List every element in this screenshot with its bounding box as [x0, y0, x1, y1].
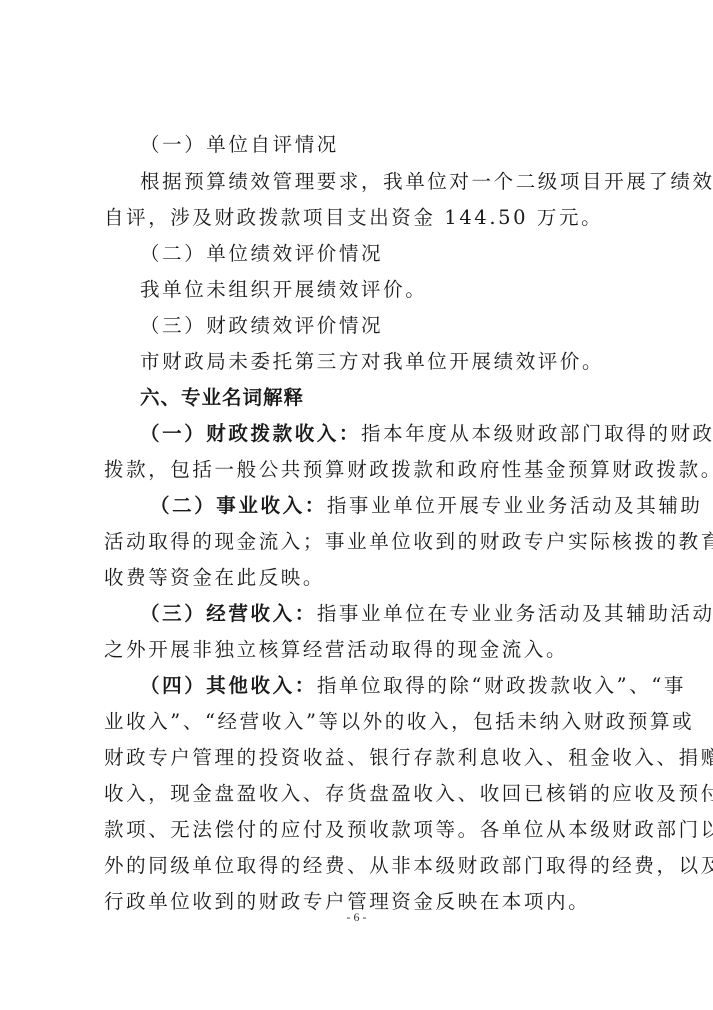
paragraph-text: 自评，涉及财政拨款项目支出资金 144.50 万元。: [104, 206, 624, 230]
term-text: 指本年度从本级财政部门取得的财政: [361, 422, 713, 445]
term-label: （一）财政拨款收入：: [140, 422, 361, 445]
term-definition: （一）财政拨款收入：指本年度从本级财政部门取得的财政: [140, 422, 660, 446]
paragraph-text: 根据预算绩效管理要求，我单位对一个二级项目开展了绩效: [140, 170, 660, 194]
paragraph-text: 活动取得的现金流入；事业单位收到的财政专户实际核拨的教育: [104, 530, 624, 554]
term-definition: （三）经营收入：指事业单位在专业业务活动及其辅助活动: [140, 602, 660, 626]
paragraph-text: 收费等资金在此反映。: [104, 566, 624, 590]
paragraph-text: 之外开展非独立核算经营活动取得的现金流入。: [104, 638, 624, 662]
paragraph-text: 款项、无法偿付的应付及预收款项等。各单位从本级财政部门以: [104, 818, 624, 842]
paragraph-text: 市财政局未委托第三方对我单位开展绩效评价。: [140, 350, 660, 374]
term-text: 指事业单位在专业业务活动及其辅助活动: [317, 602, 713, 625]
document-page: （一）单位自评情况 根据预算绩效管理要求，我单位对一个二级项目开展了绩效 自评，…: [0, 0, 713, 1010]
paragraph-text: 收入，现金盘盈收入、存货盘盈收入、收回已核销的应收及预付: [104, 782, 624, 806]
term-definition: （四）其他收入：指单位取得的除“财政拨款收入”、“事: [140, 674, 660, 698]
term-text: 指事业单位开展专业业务活动及其辅助: [327, 494, 703, 517]
term-label: （四）其他收入：: [140, 674, 317, 697]
term-definition: （二）事业收入：指事业单位开展专业业务活动及其辅助: [150, 494, 670, 518]
heading-unit-self-evaluation: （一）单位自评情况: [140, 133, 660, 157]
term-text: 指单位取得的除“财政拨款收入”、“事: [317, 674, 686, 697]
heading-fiscal-performance-evaluation: （三）财政绩效评价情况: [140, 314, 660, 338]
paragraph-text: 外的同级单位取得的经费、从非本级财政部门取得的经费，以及: [104, 854, 624, 878]
term-label: （二）事业收入：: [150, 494, 327, 517]
paragraph-text: 我单位未组织开展绩效评价。: [140, 278, 660, 302]
page-number: - 6 -: [0, 910, 713, 925]
term-label: （三）经营收入：: [140, 602, 317, 625]
paragraph-text: 财政专户管理的投资收益、银行存款利息收入、租金收入、捐赠: [104, 746, 624, 770]
paragraph-text: 业收入”、“经营收入”等以外的收入，包括未纳入财政预算或: [104, 710, 624, 734]
heading-unit-performance-evaluation: （二）单位绩效评价情况: [140, 242, 660, 266]
paragraph-text: 拨款，包括一般公共预算财政拨款和政府性基金预算财政拨款。: [104, 458, 624, 482]
section-heading-terms: 六、专业名词解释: [140, 386, 660, 410]
